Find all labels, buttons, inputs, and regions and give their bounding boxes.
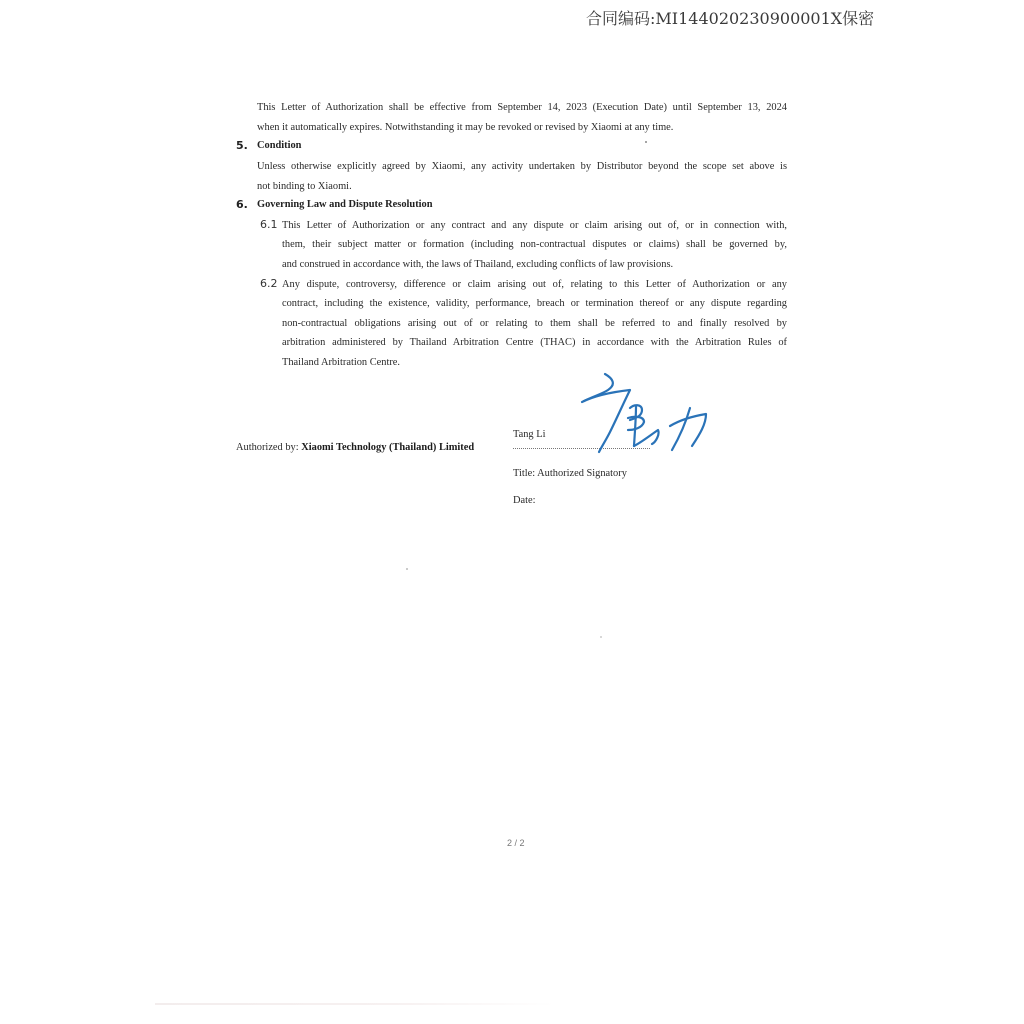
clause-6-2-line-3: non-contractual obligations arising out …	[282, 317, 787, 330]
scan-speck	[600, 636, 602, 638]
clause-6-1-number: 6.1	[260, 218, 278, 231]
handwritten-signature	[572, 368, 722, 458]
clause-6-2-line-1: Any dispute, controversy, difference or …	[282, 278, 787, 291]
company-name: Xiaomi Technology (Thailand) Limited	[301, 442, 474, 453]
authorized-by: Authorized by: Xiaomi Technology (Thaila…	[236, 441, 474, 454]
section5-title: Condition	[257, 140, 301, 151]
clause-6-1-line-1: This Letter of Authorization or any cont…	[282, 219, 787, 232]
clause-6-2-line-5: Thailand Arbitration Centre.	[282, 356, 400, 369]
signature-date: Date:	[513, 494, 536, 507]
signer-title: Title: Authorized Signatory	[513, 467, 627, 480]
clause-6-2-line-2: contract, including the existence, valid…	[282, 297, 787, 310]
authorized-by-label: Authorized by:	[236, 442, 299, 453]
signer-name: Tang Li	[513, 428, 545, 441]
section5-line-1: Unless otherwise explicitly agreed by Xi…	[257, 160, 787, 173]
scan-speck	[645, 141, 647, 143]
clause-6-2-number: 6.2	[260, 277, 278, 290]
section4-line-1: This Letter of Authorization shall be ef…	[257, 101, 787, 114]
scan-smudge	[155, 1003, 555, 1005]
clause-6-2-line-4: arbitration administered by Thailand Arb…	[282, 336, 787, 349]
page-number: 2 / 2	[507, 838, 525, 848]
clause-6-1-line-2: them, their subject matter or formation …	[282, 238, 787, 251]
section4-line-2: when it automatically expires. Notwithst…	[257, 121, 673, 134]
section6-title: Governing Law and Dispute Resolution	[257, 199, 433, 210]
clause-6-1-line-3: and construed in accordance with, the la…	[282, 258, 673, 271]
section5-number: 5.	[236, 139, 248, 152]
document-page: This Letter of Authorization shall be ef…	[0, 0, 1024, 1024]
section5-line-2: not binding to Xiaomi.	[257, 180, 352, 193]
scan-speck	[406, 568, 408, 570]
section6-number: 6.	[236, 198, 248, 211]
